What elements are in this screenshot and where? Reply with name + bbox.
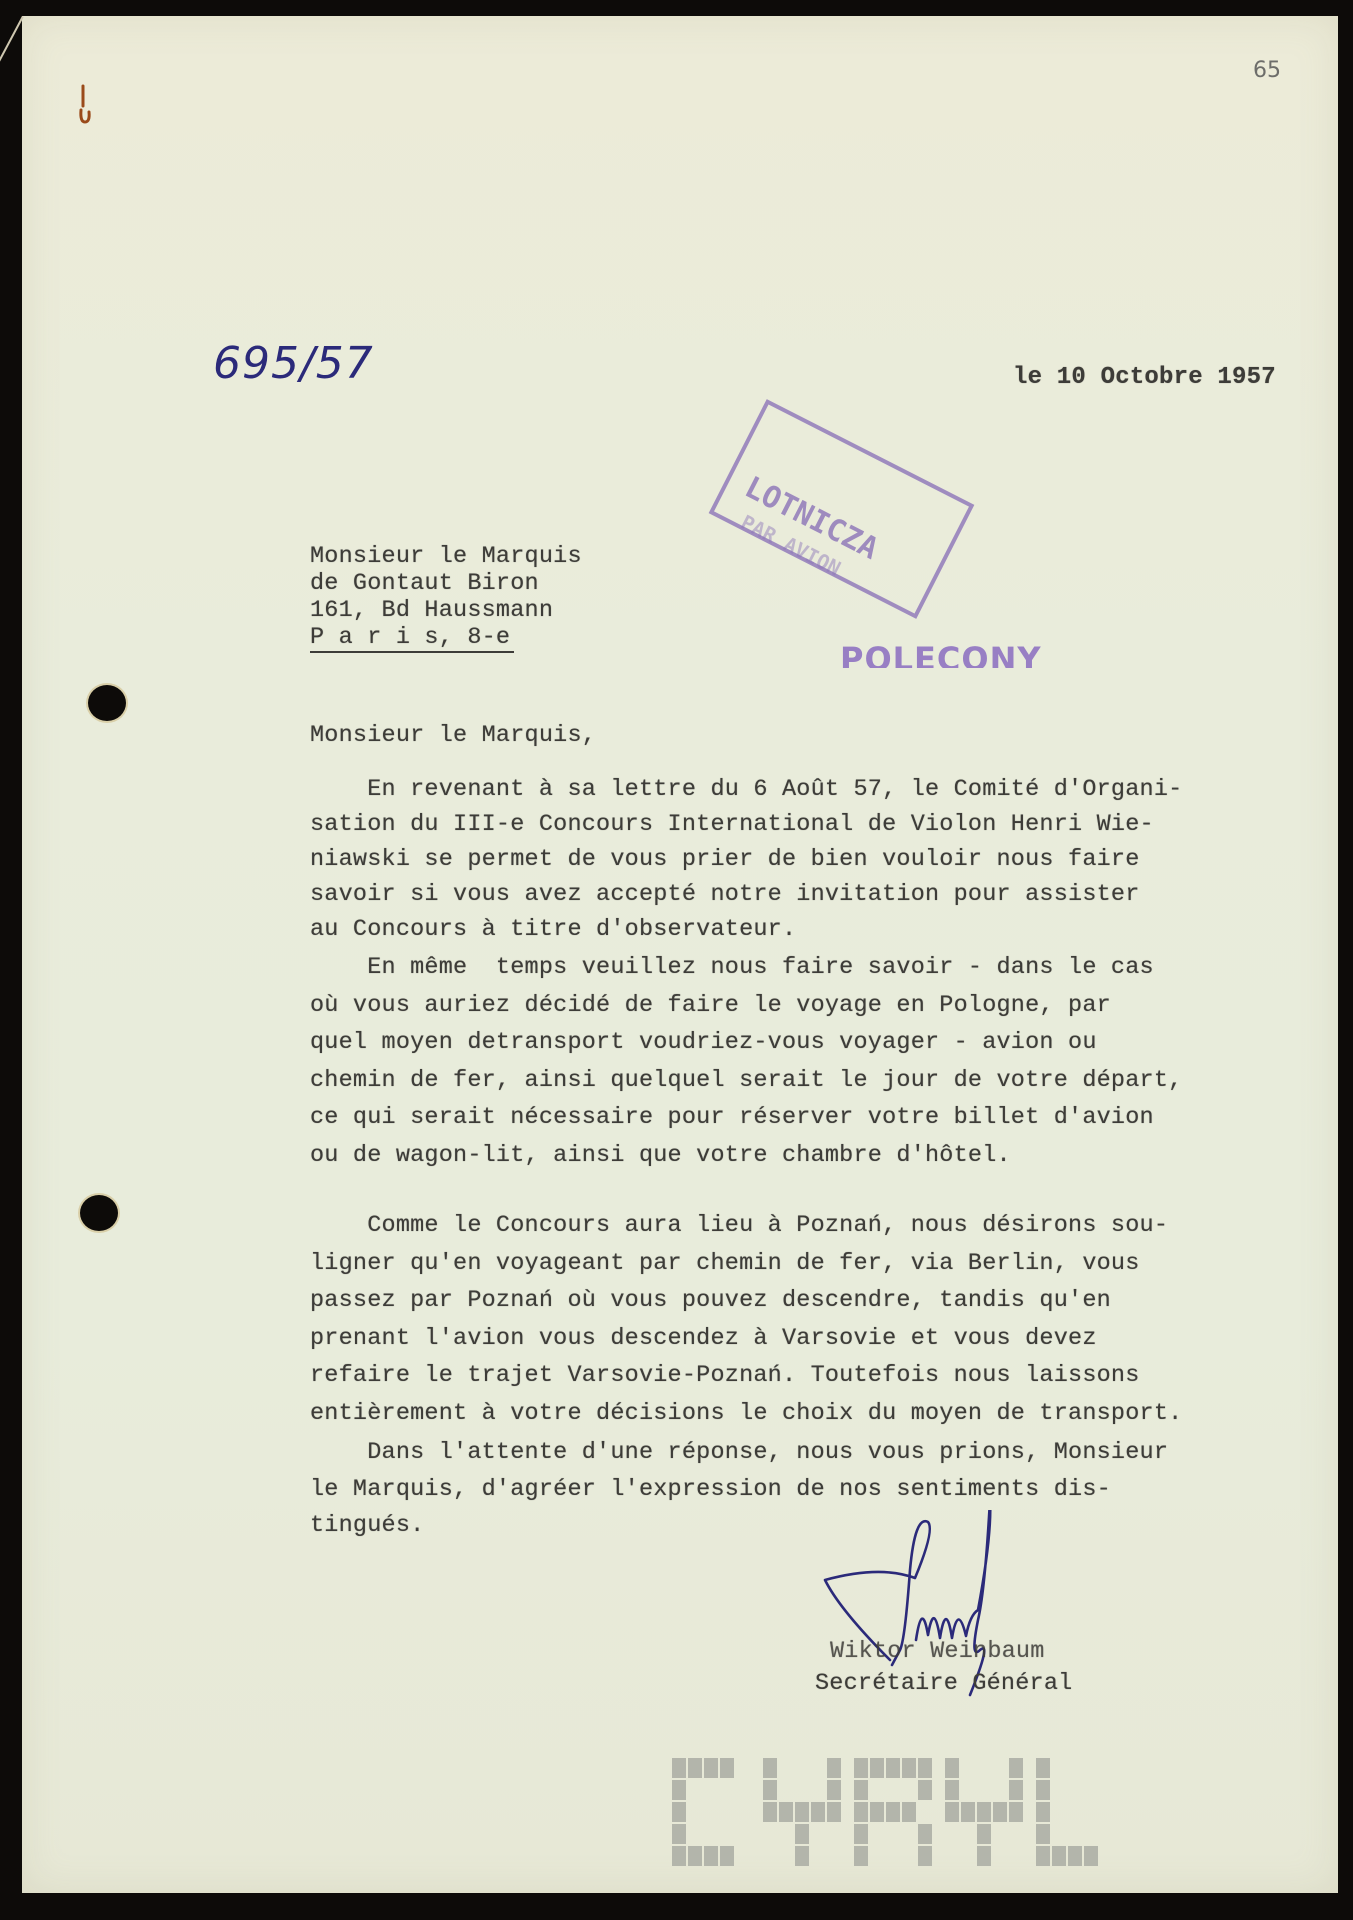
- address-line: 161, Bd Haussmann: [310, 597, 553, 624]
- text-line: chemin de fer, ainsi quelquel serait le …: [310, 1063, 1182, 1098]
- text-line: sation du III-e Concours International d…: [310, 807, 1154, 842]
- watermark-letter-r: [854, 1758, 932, 1866]
- text-line: niawski se permet de vous prier de bien …: [310, 842, 1140, 877]
- registered-mail-stamp: POLECONY: [840, 640, 1042, 668]
- letter-date: le 10 Octobre 1957: [1013, 360, 1276, 395]
- punch-hole: [80, 1195, 118, 1231]
- handwritten-reference-number: 695/57: [213, 338, 374, 389]
- watermark-letter-l: [1036, 1758, 1114, 1866]
- text-line: ce qui serait nécessaire pour réserver v…: [310, 1100, 1154, 1135]
- text-line: En même temps veuillez nous faire savoir…: [310, 950, 1154, 985]
- text-line: Dans l'attente d'une réponse, nous vous …: [310, 1435, 1168, 1470]
- text-line: quel moyen detransport voudriez-vous voy…: [310, 1025, 1097, 1060]
- text-line: tingués.: [310, 1508, 424, 1543]
- text-line: ou de wagon-lit, ainsi que votre chambre…: [310, 1138, 1011, 1173]
- paper-crease: [0, 16, 24, 70]
- page-number: 65: [1253, 58, 1281, 83]
- text-line: passez par Poznań où vous pouvez descend…: [310, 1283, 1111, 1318]
- text-line: prenant l'avion vous descendez à Varsovi…: [310, 1321, 1097, 1356]
- text-line: En revenant à sa lettre du 6 Août 57, le…: [310, 772, 1182, 807]
- cyryl-watermark: [672, 1758, 1114, 1866]
- watermark-letter-y: [945, 1758, 1023, 1866]
- punch-hole: [88, 685, 126, 721]
- salutation: Monsieur le Marquis,: [310, 718, 596, 753]
- signatory-name: Wiktor Weinbaum: [830, 1634, 1045, 1669]
- signatory-title: Secrétaire Général: [815, 1666, 1072, 1701]
- watermark-letter-y: [763, 1758, 841, 1866]
- text-line: Comme le Concours aura lieu à Poznań, no…: [310, 1208, 1168, 1243]
- watermark-letter-c: [672, 1758, 750, 1866]
- address-city: P a r i s, 8-e: [310, 624, 514, 653]
- text-line: au Concours à titre d'observateur.: [310, 912, 796, 947]
- text-line: entièrement à votre décisions le choix d…: [310, 1396, 1182, 1431]
- text-line: savoir si vous avez accepté notre invita…: [310, 877, 1140, 912]
- red-pencil-mark: [78, 84, 92, 124]
- text-line: où vous auriez décidé de faire le voyage…: [310, 988, 1111, 1023]
- text-line: le Marquis, d'agréer l'expression de nos…: [310, 1472, 1111, 1507]
- text-line: refaire le trajet Varsovie-Poznań. Toute…: [310, 1358, 1140, 1393]
- address-line: de Gontaut Biron: [310, 570, 539, 597]
- text-line: ligner qu'en voyageant par chemin de fer…: [310, 1246, 1140, 1281]
- address-line: Monsieur le Marquis: [310, 543, 582, 570]
